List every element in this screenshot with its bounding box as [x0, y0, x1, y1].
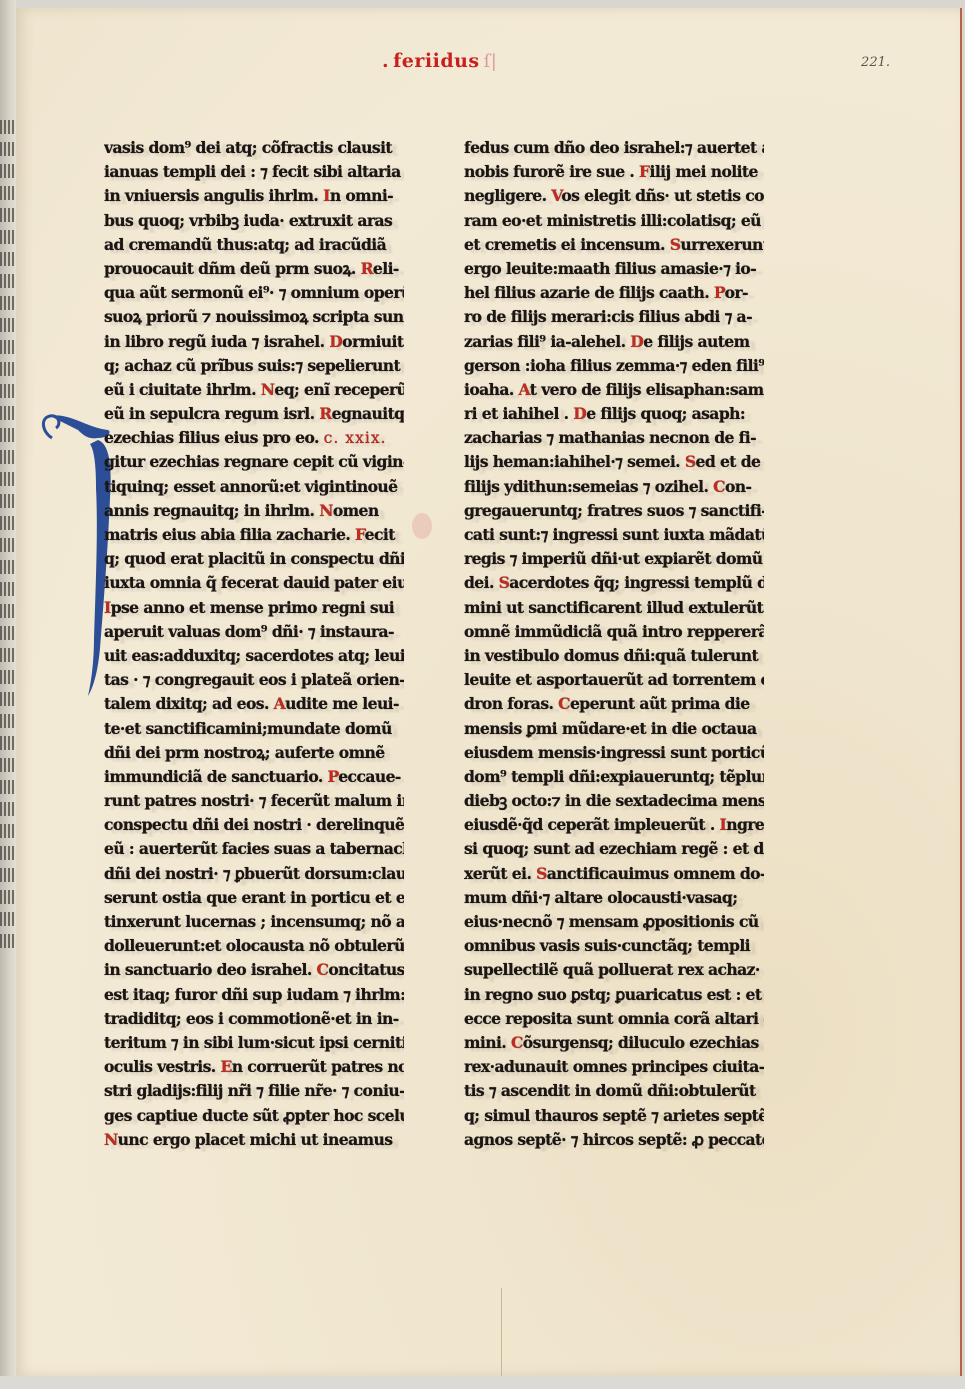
line-text: omen — [333, 501, 379, 520]
line-text: tis ⁊ ascendit in domũ dñi:obtulerũt — [464, 1081, 756, 1100]
text-line: ecce reposita sunt omnia corã altari do- — [464, 1007, 764, 1031]
line-text: unc ergo placet michi ut ineamus — [118, 1130, 393, 1149]
rubricated-capital: S — [499, 573, 510, 592]
facing-text-line — [0, 120, 16, 134]
text-line: nobis furorẽ ire sue . Filij mei nolite — [464, 160, 764, 184]
line-text: eũ : auerterũt facies suas a tabernaclo — [104, 839, 404, 858]
line-text: oculis vestris. — [104, 1057, 220, 1076]
line-text: mum dñi·⁊ altare olocausti·vasaq; — [464, 888, 737, 907]
line-text: uit eas:adduxitq; sacerdotes atq; leui- — [104, 646, 404, 665]
line-text: eccaue- — [338, 767, 401, 786]
facing-text-line — [0, 692, 16, 706]
line-text: annis regnauitq; in ihrlm. — [104, 501, 319, 520]
text-line: gregaueruntq; fratres suos ⁊ sanctifi- — [464, 499, 764, 523]
line-text: in libro regũ iuda ⁊ israhel. — [104, 332, 329, 351]
line-text: filijs ydithun:semeias ⁊ ozihel. — [464, 477, 713, 496]
facing-text-line — [0, 758, 16, 772]
ink-stain — [412, 513, 432, 539]
facing-page-edge — [0, 0, 16, 1389]
text-line: est itaq; furor dñi sup iudam ⁊ ihrlm: — [104, 983, 404, 1007]
line-text: ed et de — [696, 452, 761, 471]
facing-page-text — [0, 120, 16, 956]
facing-text-line — [0, 912, 16, 926]
line-text: eiusdem mensis·ingressi sunt porticũ — [464, 743, 764, 762]
rubricated-capital: S — [685, 452, 696, 471]
line-text: gerson :ioha filius zemma·⁊ eden fili⁹ — [464, 356, 764, 375]
line-text: mensis ꝑmi mũdare·et in die octaua — [464, 719, 757, 738]
text-line: ges captiue ducte sũt ꝓpter hoc scelus. — [104, 1104, 404, 1128]
line-text: q; quod erat placitũ in conspectu dñi: — [104, 549, 404, 568]
line-text: fedus cum dño deo israhel:⁊ auertet a — [464, 138, 764, 157]
text-line: ioaha. At vero de filijs elisaphan:sam- — [464, 378, 764, 402]
facing-text-line — [0, 164, 16, 178]
facing-text-line — [0, 208, 16, 222]
rubricated-capital: P — [328, 767, 339, 786]
rubricated-capital: C — [713, 477, 725, 496]
line-text: omnẽ immũdiciã quã intro reppererãt — [464, 622, 764, 641]
right-text-column: fedus cum dño deo israhel:⁊ auertet anob… — [464, 136, 764, 1152]
facing-text-line — [0, 186, 16, 200]
line-text: eperunt aũt prima die — [570, 694, 750, 713]
facing-text-line — [0, 384, 16, 398]
text-line: dñi dei nostri· ⁊ ꝑbuerũt dorsum:clau- — [104, 862, 404, 886]
text-line: eius·necnõ ⁊ mensam ꝓpositionis cũ — [464, 910, 764, 934]
text-line: diebꝫ octo:⁊ in die sextadecima mensis — [464, 789, 764, 813]
text-line: tas · ⁊ congregauit eos i plateã orien- — [104, 668, 404, 692]
text-line: q; achaz cũ prĩbus suis:⁊ sepelierunt — [104, 354, 404, 378]
facing-text-line — [0, 538, 16, 552]
rubricated-capital: R — [319, 404, 331, 423]
facing-text-line — [0, 626, 16, 640]
text-line: stri gladijs:filij nr̃i ⁊ filie nr̃e· ⁊ … — [104, 1079, 404, 1103]
text-line: bus quoq; vrbibꝫ iuda· extruxit aras — [104, 209, 404, 233]
text-line: agnos septẽ· ⁊ hircos septẽ: ꝓ peccato· — [464, 1128, 764, 1152]
facing-text-line — [0, 934, 16, 948]
facing-text-line — [0, 340, 16, 354]
text-line: supellectilẽ quã polluerat rex achaz· — [464, 958, 764, 982]
facing-text-line — [0, 494, 16, 508]
text-line: omnẽ immũdiciã quã intro reppererãt — [464, 620, 764, 644]
text-line: immundiciã de sanctuario. Peccaue- — [104, 765, 404, 789]
facing-text-line — [0, 472, 16, 486]
facing-text-line — [0, 450, 16, 464]
text-line: in sanctuario deo israhel. Concitatus — [104, 958, 404, 982]
text-line: zacharias ⁊ mathanias necnon de fi- — [464, 426, 764, 450]
text-line: in regno suo ꝑstq; ꝑuaricatus est : et — [464, 983, 764, 1007]
line-text: ormiuit — [342, 332, 403, 351]
rubricated-capital: D — [573, 404, 586, 423]
line-text: agnos septẽ· ⁊ hircos septẽ: ꝓ peccato· — [464, 1130, 764, 1149]
text-line: in libro regũ iuda ⁊ israhel. Dormiuit — [104, 330, 404, 354]
text-line: hel filius azarie de filijs caath. Por- — [464, 281, 764, 305]
text-line: qua aũt sermonũ ei⁹· ⁊ omnium operũ — [104, 281, 404, 305]
facing-text-line — [0, 780, 16, 794]
line-text: si quoq; sunt ad ezechiam regẽ : et di- — [464, 839, 764, 858]
text-line: mum dñi·⁊ altare olocausti·vasaq; — [464, 886, 764, 910]
line-text: zarias fili⁹ ia-alehel. — [464, 332, 630, 351]
text-line: mini. Cõsurgensq; diluculo ezechias — [464, 1031, 764, 1055]
line-text: or- — [725, 283, 748, 302]
text-line: ianuas templi dei : ⁊ fecit sibi altaria — [104, 160, 404, 184]
facing-text-line — [0, 230, 16, 244]
line-text: suoꝝ priorũ ⁊ nouissimoꝝ scripta sunt — [104, 307, 404, 326]
manuscript-page: .feriidusſ| 221. vasis dom⁹ dei atq; cõf… — [16, 8, 962, 1377]
text-line: dei. Sacerdotes q̃q; ingressi templũ do- — [464, 571, 764, 595]
facing-text-line — [0, 428, 16, 442]
line-text: t vero de filijs elisaphan:sam- — [530, 380, 764, 399]
rubricated-capital: F — [355, 525, 365, 544]
rubricated-capital: A — [274, 694, 286, 713]
line-text: iuxta omnia q̃ fecerat dauid pater eius. — [104, 573, 404, 592]
line-text: diebꝫ octo:⁊ in die sextadecima mensis — [464, 791, 764, 810]
text-line: te·et sanctificamini;mundate domũ — [104, 717, 404, 741]
line-text: te·et sanctificamini;mundate domũ — [104, 719, 392, 738]
line-text: in vestibulo domus dñi:quã tulerunt — [464, 646, 758, 665]
line-text: tas · ⁊ congregauit eos i plateã orien- — [104, 670, 404, 689]
text-line: eũ : auerterũt facies suas a tabernaclo — [104, 837, 404, 861]
line-text: stri gladijs:filij nr̃i ⁊ filie nr̃e· ⁊ … — [104, 1081, 404, 1100]
line-text: hel filius azarie de filijs caath. — [464, 283, 714, 302]
line-text: dron foras. — [464, 694, 558, 713]
line-text: ram eo·et ministretis illi:colatisq; eũ — [464, 211, 761, 230]
text-line: ro de filijs merari:cis filius abdi ⁊ a- — [464, 305, 764, 329]
text-line: dron foras. Ceperunt aũt prima die — [464, 692, 764, 716]
line-text: tradiditq; eos i commotionẽ·et in in- — [104, 1009, 399, 1028]
line-text: q; achaz cũ prĩbus suis:⁊ sepelierunt — [104, 356, 400, 375]
facing-text-line — [0, 560, 16, 574]
text-line: si quoq; sunt ad ezechiam regẽ : et di- — [464, 837, 764, 861]
line-text: gitur ezechias regnare cepit cũ vigin- — [104, 452, 404, 471]
line-text: bus quoq; vrbibꝫ iuda· extruxit aras — [104, 211, 392, 230]
facing-text-line — [0, 142, 16, 156]
line-text: negligere. — [464, 186, 551, 205]
text-line: ram eo·et ministretis illi:colatisq; eũ — [464, 209, 764, 233]
facing-text-line — [0, 670, 16, 684]
text-line: in vniuersis angulis ihrlm. In omni- — [104, 184, 404, 208]
line-text: gregaueruntq; fratres suos ⁊ sanctifi- — [464, 501, 764, 520]
text-line: omnibus vasis suis·cunctãq; templi — [464, 934, 764, 958]
facing-text-line — [0, 824, 16, 838]
rubricated-capital: S — [670, 235, 681, 254]
text-line: ri et iahihel . De filijs quoq; asaph: — [464, 402, 764, 426]
text-line: eũ in sepulcra regum isrl. Regnauitq; — [104, 402, 404, 426]
rubricated-capital: C — [511, 1033, 523, 1052]
text-line: cati sunt:⁊ ingressi sunt iuxta mãdatũ — [464, 523, 764, 547]
line-text: e filijs autem — [643, 332, 749, 351]
text-line: tinxerunt lucernas ; incensumq; nõ a- — [104, 910, 404, 934]
line-text: n omni- — [330, 186, 393, 205]
running-head-prefix: . — [382, 50, 389, 72]
text-line: q; quod erat placitũ in conspectu dñi: — [104, 547, 404, 571]
line-text: eq; enĩ receperũt — [274, 380, 404, 399]
text-line: conspectu dñi dei nostri · derelinquẽtes — [104, 813, 404, 837]
text-line: dom⁹ templi dñi:expiaueruntq; tẽplum — [464, 765, 764, 789]
line-text: lijs heman:iahihel·⁊ semei. — [464, 452, 685, 471]
text-line: matris eius abia filia zacharie. Fecit — [104, 523, 404, 547]
line-text: est itaq; furor dñi sup iudam ⁊ ihrlm: — [104, 985, 404, 1004]
chapter-marker: c. xxix. — [324, 429, 387, 447]
line-text: runt patres nostri· ⁊ fecerũt malum in — [104, 791, 404, 810]
left-text-column: vasis dom⁹ dei atq; cõfractis clausitian… — [104, 136, 404, 1152]
rubricated-capital: I — [323, 186, 330, 205]
line-text: ecce reposita sunt omnia corã altari do- — [464, 1009, 764, 1028]
rubricated-capital: F — [639, 162, 649, 181]
text-line: regis ⁊ imperiũ dñi·ut expiarẽt domũ — [464, 547, 764, 571]
line-text: ilij mei nolite — [650, 162, 758, 181]
line-text: mini. — [464, 1033, 511, 1052]
line-text: omnibus vasis suis·cunctãq; templi — [464, 936, 750, 955]
line-text: ergo leuite:maath filius amasie·⁊ io- — [464, 259, 756, 278]
running-head-text: feriidus — [393, 50, 480, 72]
line-text: ro de filijs merari:cis filius abdi ⁊ a- — [464, 307, 752, 326]
facing-text-line — [0, 406, 16, 420]
facing-text-line — [0, 296, 16, 310]
line-text: prouocauit dñm deũ prm suoꝝ. — [104, 259, 361, 278]
text-line: dolleuerunt:et olocausta nõ obtulerũt — [104, 934, 404, 958]
line-text: n corruerũt patres no- — [232, 1057, 404, 1076]
rubricated-capital: I — [104, 598, 111, 617]
text-line: mensis ꝑmi mũdare·et in die octaua — [464, 717, 764, 741]
line-text: talem dixitq; ad eos. — [104, 694, 274, 713]
line-text: nobis furorẽ ire sue . — [464, 162, 639, 181]
facing-text-line — [0, 846, 16, 860]
line-text: et cremetis ei incensum. — [464, 235, 670, 254]
text-line: iuxta omnia q̃ fecerat dauid pater eius. — [104, 571, 404, 595]
text-line: mini ut sanctificarent illud extulerũt — [464, 596, 764, 620]
facing-text-line — [0, 274, 16, 288]
line-text: ecit — [365, 525, 395, 544]
text-line: eiusdẽ·q̃d ceperãt impleuerũt . Ingres- — [464, 813, 764, 837]
line-text: in regno suo ꝑstq; ꝑuaricatus est : et — [464, 985, 761, 1004]
rubricated-capital: N — [104, 1130, 118, 1149]
facing-text-line — [0, 582, 16, 596]
line-text: mini ut sanctificarent illud extulerũt — [464, 598, 763, 617]
line-text: urrexerunt — [680, 235, 764, 254]
line-text: egnauitq; — [332, 404, 404, 423]
facing-text-line — [0, 516, 16, 530]
line-text: in sanctuario deo israhel. — [104, 960, 317, 979]
line-text: dñi dei prm nostroꝝ; auferte omnẽ — [104, 743, 385, 762]
line-text: ioaha. — [464, 380, 519, 399]
line-text: on- — [725, 477, 751, 496]
text-line: et cremetis ei incensum. Surrexerunt — [464, 233, 764, 257]
text-line: runt patres nostri· ⁊ fecerũt malum in — [104, 789, 404, 813]
text-line: zarias fili⁹ ia-alehel. De filijs autem — [464, 330, 764, 354]
facing-text-line — [0, 802, 16, 816]
text-line: lijs heman:iahihel·⁊ semei. Sed et de — [464, 450, 764, 474]
rubricated-capital: P — [714, 283, 725, 302]
line-text: conspectu dñi dei nostri · derelinquẽtes — [104, 815, 404, 834]
line-text: supellectilẽ quã polluerat rex achaz· — [464, 960, 760, 979]
line-text: aperuit valuas dom⁹ dñi· ⁊ instaura- — [104, 622, 394, 641]
line-text: dñi dei nostri· ⁊ ꝑbuerũt dorsum:clau- — [104, 864, 404, 883]
line-text: eius·necnõ ⁊ mensam ꝓpositionis cũ — [464, 912, 759, 931]
text-line: uit eas:adduxitq; sacerdotes atq; leui- — [104, 644, 404, 668]
line-text: dom⁹ templi dñi:expiaueruntq; tẽplum — [464, 767, 764, 786]
text-line: tradiditq; eos i commotionẽ·et in in- — [104, 1007, 404, 1031]
facing-text-line — [0, 362, 16, 376]
facing-text-line — [0, 648, 16, 662]
text-line: ergo leuite:maath filius amasie·⁊ io- — [464, 257, 764, 281]
line-text: õsurgensq; diluculo ezechias — [523, 1033, 759, 1052]
line-text: dolleuerunt:et olocausta nõ obtulerũt — [104, 936, 404, 955]
rubricated-capital: S — [536, 864, 547, 883]
line-text: regis ⁊ imperiũ dñi·ut expiarẽt domũ — [464, 549, 763, 568]
line-text: eli- — [373, 259, 399, 278]
line-text: xerũt ei. — [464, 864, 536, 883]
text-line: prouocauit dñm deũ prm suoꝝ. Reli- — [104, 257, 404, 281]
line-text: oncitatus — [328, 960, 404, 979]
line-text: leuite et asportauerũt ad torrentem ce- — [464, 670, 764, 689]
text-line: gitur ezechias regnare cepit cũ vigin- — [104, 450, 404, 474]
line-text: immundiciã de sanctuario. — [104, 767, 328, 786]
line-text: eũ i ciuitate ihrlm. — [104, 380, 261, 399]
line-text: serunt ostia que erant in porticu et ex- — [104, 888, 404, 907]
rubricated-capital: D — [329, 332, 342, 351]
text-line: gerson :ioha filius zemma·⁊ eden fili⁹ — [464, 354, 764, 378]
text-line: leuite et asportauerũt ad torrentem ce- — [464, 668, 764, 692]
facing-text-line — [0, 868, 16, 882]
rubricated-capital: N — [319, 501, 333, 520]
facing-text-line — [0, 318, 16, 332]
text-line: q; simul thauros septẽ ⁊ arietes septẽ· — [464, 1104, 764, 1128]
text-line: eũ i ciuitate ihrlm. Neq; enĩ receperũt — [104, 378, 404, 402]
line-text: vasis dom⁹ dei atq; cõfractis clausit — [104, 138, 392, 157]
rubricated-capital: C — [317, 960, 329, 979]
line-text: eiusdẽ·q̃d ceperãt impleuerũt . — [464, 815, 720, 834]
rubricated-capital: C — [558, 694, 570, 713]
page-crease — [501, 1288, 502, 1378]
facing-text-line — [0, 252, 16, 266]
line-text: ianuas templi dei : ⁊ fecit sibi altaria — [104, 162, 401, 181]
line-text: pse anno et mense primo regni sui — [111, 598, 394, 617]
text-line: fedus cum dño deo israhel:⁊ auertet a — [464, 136, 764, 160]
line-text: ad cremandũ thus:atq; ad iracũdiã — [104, 235, 386, 254]
rubricated-capital: D — [630, 332, 643, 351]
folio-number: 221. — [861, 55, 890, 70]
text-line: xerũt ei. Sanctificauimus omnem do- — [464, 862, 764, 886]
line-text: in vniuersis angulis ihrlm. — [104, 186, 323, 205]
text-line: aperuit valuas dom⁹ dñi· ⁊ instaura- — [104, 620, 404, 644]
facing-text-line — [0, 890, 16, 904]
text-line: dñi dei prm nostroꝝ; auferte omnẽ — [104, 741, 404, 765]
line-text: cati sunt:⁊ ingressi sunt iuxta mãdatũ — [464, 525, 764, 544]
text-line: Ipse anno et mense primo regni sui — [104, 596, 404, 620]
text-line: negligere. Vos elegit dñs· ut stetis co- — [464, 184, 764, 208]
text-line: eiusdem mensis·ingressi sunt porticũ — [464, 741, 764, 765]
text-line: annis regnauitq; in ihrlm. Nomen — [104, 499, 404, 523]
line-text: ges captiue ducte sũt ꝓpter hoc scelus. — [104, 1106, 404, 1125]
rubricated-capital: E — [220, 1057, 231, 1076]
text-line: suoꝝ priorũ ⁊ nouissimoꝝ scripta sunt — [104, 305, 404, 329]
text-line: teritum ⁊ in sibi lum·sicut ipsi cerniti… — [104, 1031, 404, 1055]
text-line: in vestibulo domus dñi:quã tulerunt — [464, 644, 764, 668]
rubricated-capital: V — [551, 186, 561, 205]
text-line: Nunc ergo placet michi ut ineamus — [104, 1128, 404, 1152]
line-text: eũ in sepulcra regum isrl. — [104, 404, 319, 423]
facing-text-line — [0, 714, 16, 728]
line-text: ngres- — [726, 815, 764, 834]
line-text: q; simul thauros septẽ ⁊ arietes septẽ· — [464, 1106, 764, 1125]
line-text: anctificauimus omnem do- — [547, 864, 764, 883]
background-strip — [0, 1376, 965, 1389]
line-text: matris eius abia filia zacharie. — [104, 525, 355, 544]
running-head-mark: ſ| — [484, 51, 498, 72]
text-line: filijs ydithun:semeias ⁊ ozihel. Con- — [464, 475, 764, 499]
line-text: qua aũt sermonũ ei⁹· ⁊ omnium operũ — [104, 283, 404, 302]
line-text: rex·adunauit omnes principes ciuita- — [464, 1057, 764, 1076]
text-line: talem dixitq; ad eos. Audite me leui- — [104, 692, 404, 716]
text-line: ezechias filius eius pro eo. c. xxix. — [104, 426, 404, 450]
line-text: acerdotes q̃q; ingressi templũ do- — [509, 573, 764, 592]
text-line: tis ⁊ ascendit in domũ dñi:obtulerũt — [464, 1079, 764, 1103]
text-line: serunt ostia que erant in porticu et ex- — [104, 886, 404, 910]
text-line: vasis dom⁹ dei atq; cõfractis clausit — [104, 136, 404, 160]
running-head: .feriidusſ| — [382, 50, 497, 72]
text-line: rex·adunauit omnes principes ciuita- — [464, 1055, 764, 1079]
line-text: teritum ⁊ in sibi lum·sicut ipsi cerniti… — [104, 1033, 404, 1052]
facing-text-line — [0, 736, 16, 750]
line-text: dei. — [464, 573, 499, 592]
line-text: ezechias filius eius pro eo. — [104, 428, 324, 447]
rubricated-capital: R — [361, 259, 373, 278]
line-text: ri et iahihel . — [464, 404, 573, 423]
rubricated-capital: A — [519, 380, 530, 399]
text-line: tiquinq; esset annorũ:et vigintinouẽ — [104, 475, 404, 499]
line-text: tiquinq; esset annorũ:et vigintinouẽ — [104, 477, 397, 496]
line-text: udite me leui- — [285, 694, 399, 713]
rubricated-capital: N — [261, 380, 275, 399]
line-text: os elegit dñs· ut stetis co- — [561, 186, 764, 205]
text-line: oculis vestris. En corruerũt patres no- — [104, 1055, 404, 1079]
line-text: zacharias ⁊ mathanias necnon de fi- — [464, 428, 756, 447]
line-text: tinxerunt lucernas ; incensumq; nõ a- — [104, 912, 404, 931]
line-text: e filijs quoq; asaph: — [586, 404, 745, 423]
facing-text-line — [0, 604, 16, 618]
text-line: ad cremandũ thus:atq; ad iracũdiã — [104, 233, 404, 257]
